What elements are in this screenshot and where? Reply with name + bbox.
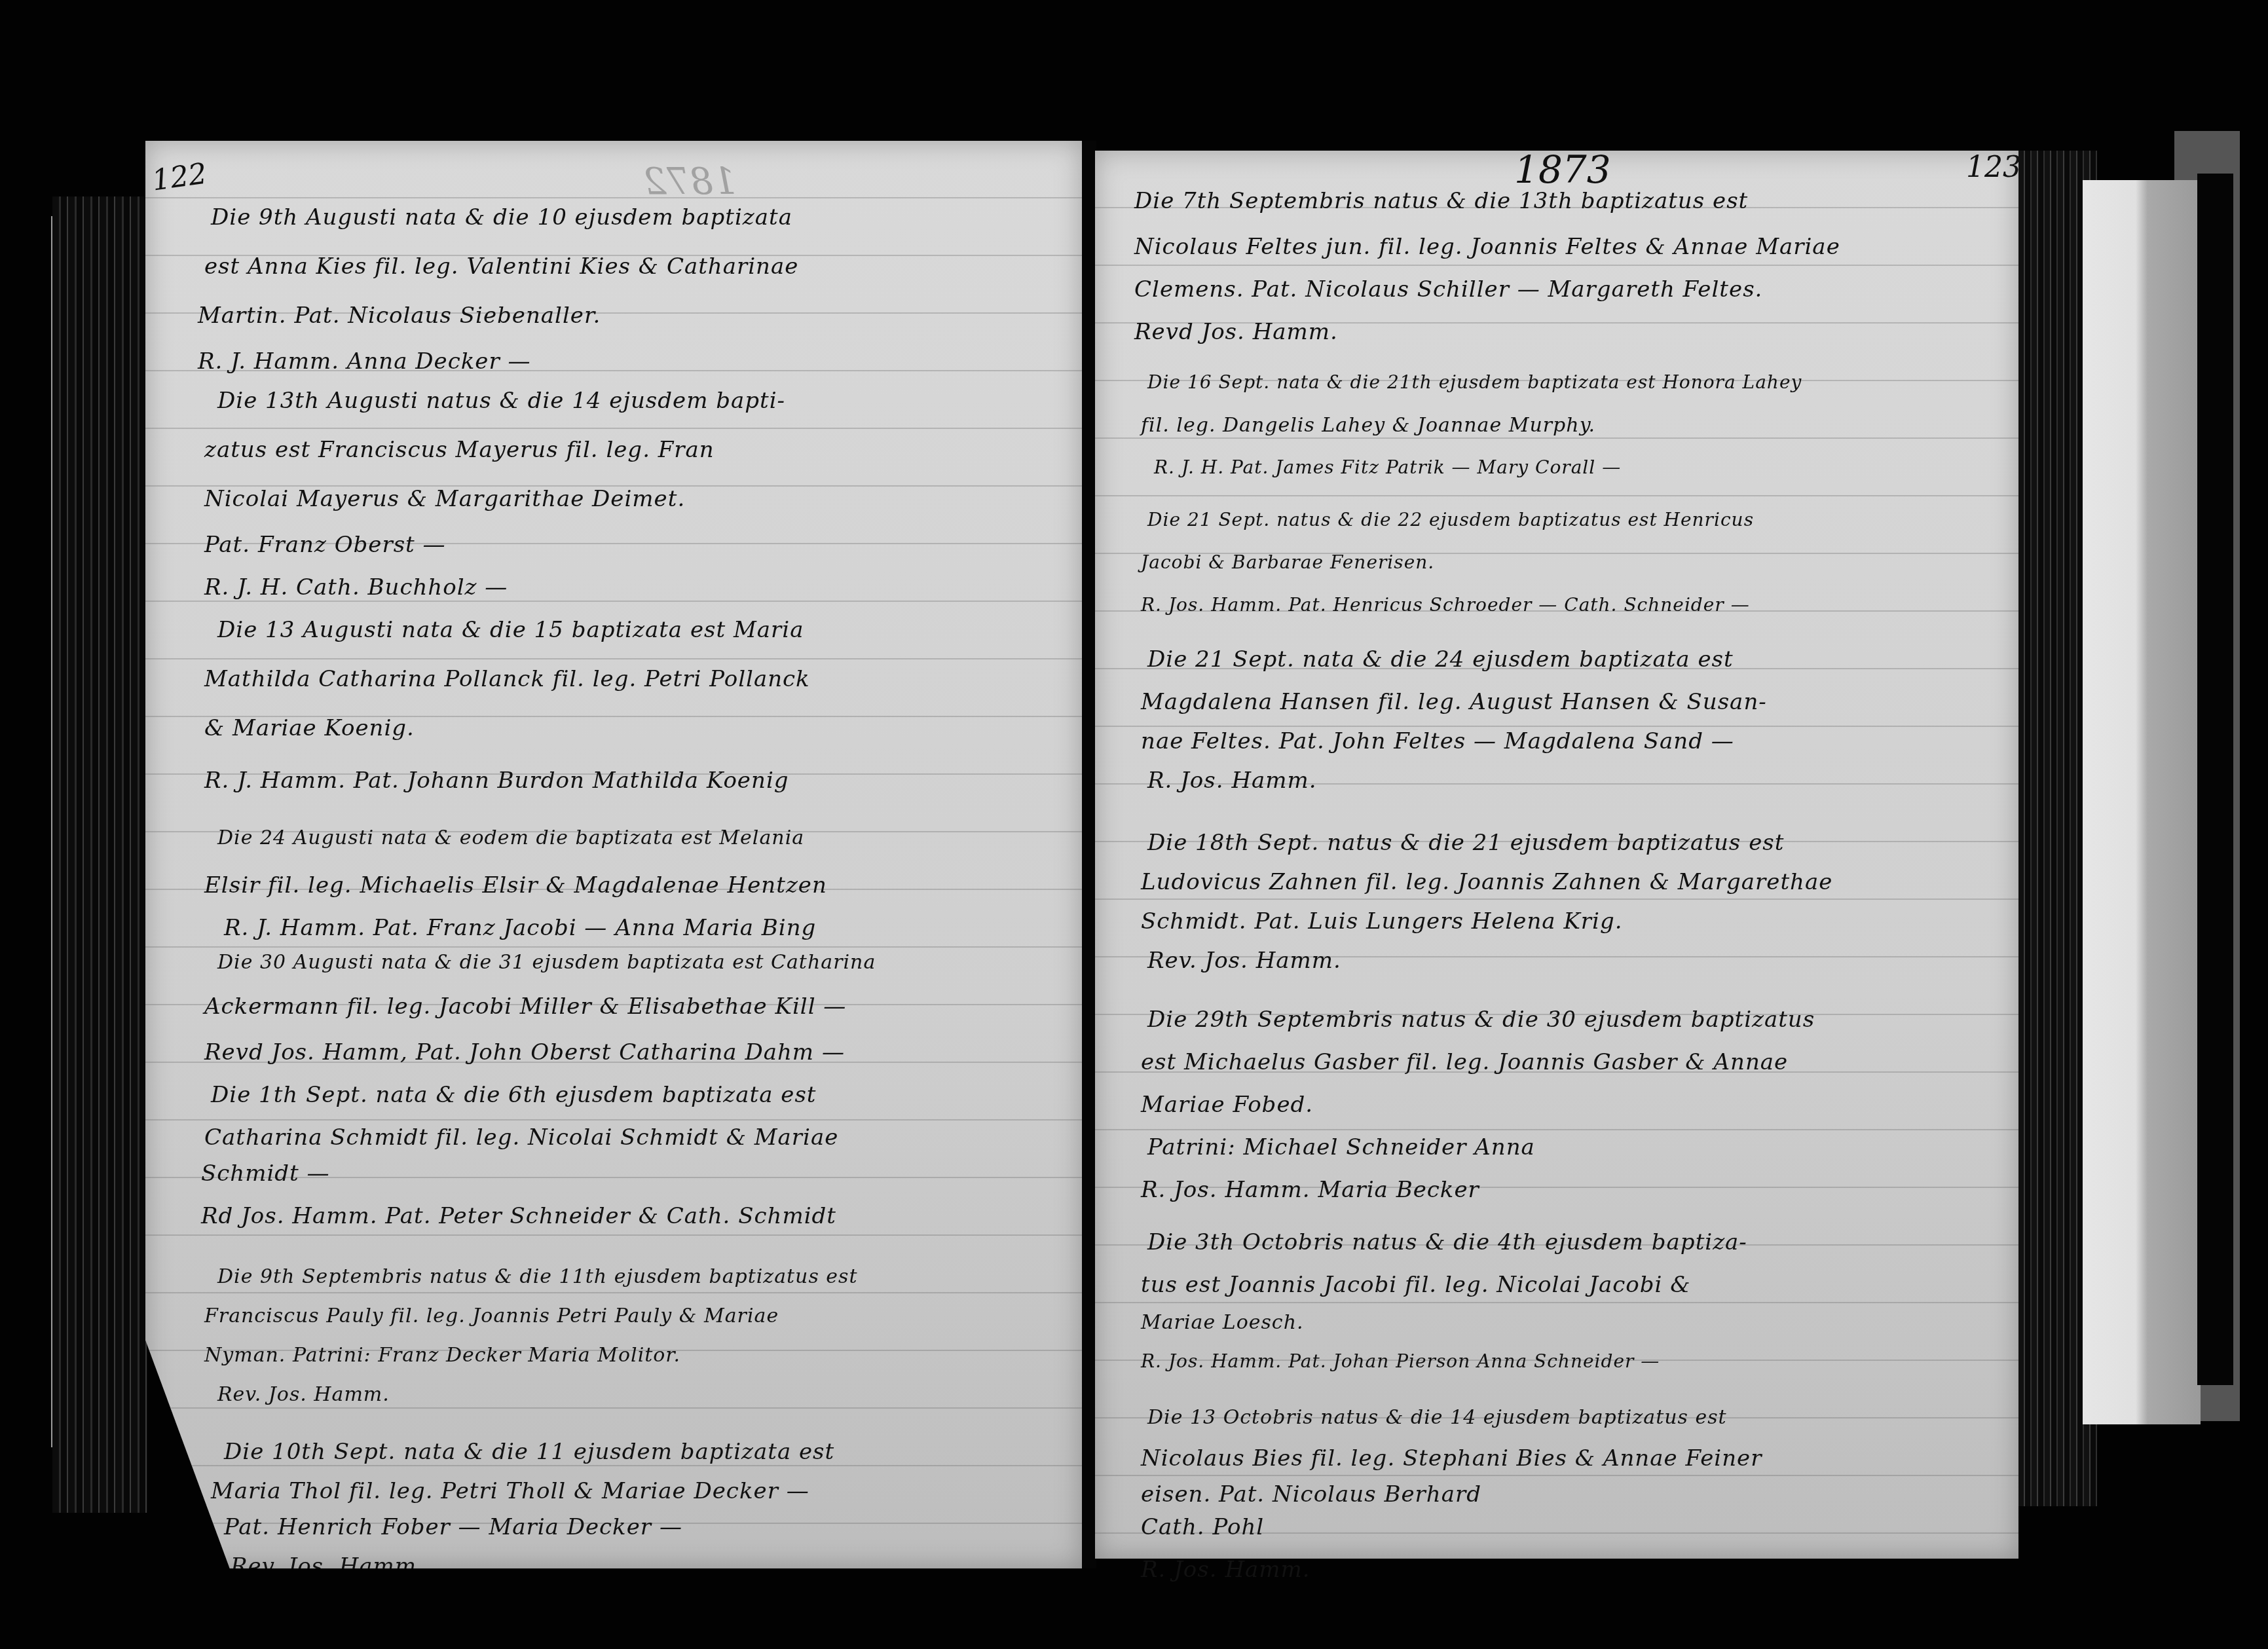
- left-page: 122 1872 Die 9th Augusti nata & die 10 e…: [145, 141, 1082, 1568]
- entry-line: tus est Joannis Jacobi fil. leg. Nicolai…: [1141, 1274, 1690, 1296]
- bleed-through-year: 1872: [643, 160, 737, 203]
- entry-line: Rd Jos. Hamm. Pat. Peter Schneider & Cat…: [201, 1205, 836, 1227]
- entry-line: R. Jos. Hamm.: [1147, 769, 1317, 792]
- entry-line: R. J. Hamm. Pat. Franz Jacobi — Anna Mar…: [224, 917, 816, 939]
- inserted-paper-slip: [2083, 180, 2201, 1424]
- entry-line: & Mariae Koenig.: [204, 717, 415, 739]
- entry-line: R. Jos. Hamm.: [1141, 1559, 1311, 1581]
- entry-line: Jacobi & Barbarae Fenerisen.: [1141, 553, 1434, 572]
- entry-line: Revd Jos. Hamm.: [1134, 321, 1338, 343]
- entry-line: Magdalena Hansen fil. leg. August Hansen…: [1141, 691, 1767, 713]
- entry-line: Nicolaus Bies fil. leg. Stephani Bies & …: [1141, 1447, 1762, 1470]
- entry-line: fil. leg. Dangelis Lahey & Joannae Murph…: [1141, 416, 1595, 435]
- entry-line: Ackermann fil. leg. Jacobi Miller & Elis…: [204, 995, 846, 1018]
- entry-line: Die 13th Augusti natus & die 14 ejusdem …: [217, 390, 785, 412]
- entry-line: R. J. Hamm. Pat. Johann Burdon Mathilda …: [204, 769, 789, 792]
- entry-line: Pat. Franz Oberst —: [204, 534, 446, 556]
- entry-line: Die 9th Augusti nata & die 10 ejusdem ba…: [211, 206, 792, 229]
- entry-line: Nicolai Mayerus & Margarithae Deimet.: [204, 488, 685, 510]
- entry-line: Patrini: Michael Schneider Anna: [1147, 1136, 1535, 1158]
- entry-line: Die 1th Sept. nata & die 6th ejusdem bap…: [211, 1084, 817, 1106]
- entry-line: est Michaelus Gasber fil. leg. Joannis G…: [1141, 1051, 1788, 1073]
- entry-line: Martin. Pat. Nicolaus Siebenaller.: [198, 305, 601, 327]
- right-page: 1873 123 Die 7th Septembris natus & die …: [1095, 151, 2018, 1559]
- book-gutter: [1082, 141, 1096, 1568]
- left-page-stack: [52, 196, 147, 1513]
- entry-line: Rev. Jos. Hamm.: [217, 1385, 390, 1405]
- insert-shadow: [2197, 174, 2233, 1385]
- page-number-right: 123: [1966, 151, 2021, 184]
- entry-line: Die 21 Sept. nata & die 24 ejusdem bapti…: [1147, 648, 1734, 671]
- entry-line: eisen. Pat. Nicolaus Berhard: [1141, 1483, 1481, 1506]
- entry-line: Die 7th Septembris natus & die 13th bapt…: [1134, 190, 1748, 212]
- entry-line: R. J. H. Pat. James Fitz Patrik — Mary C…: [1154, 458, 1621, 477]
- page-year: 1873: [1514, 147, 1611, 192]
- entry-line: Die 16 Sept. nata & die 21th ejusdem bap…: [1147, 373, 1802, 392]
- entry-line: Clemens. Pat. Nicolaus Schiller — Margar…: [1134, 278, 1762, 301]
- entry-line: Schmidt —: [201, 1162, 330, 1185]
- entry-line: Die 13 Octobris natus & die 14 ejusdem b…: [1147, 1408, 1727, 1428]
- entry-line: Maria Thol fil. leg. Petri Tholl & Maria…: [211, 1480, 809, 1502]
- entry-line: Franciscus Pauly fil. leg. Joannis Petri…: [204, 1306, 779, 1326]
- entry-line: Nicolaus Feltes jun. fil. leg. Joannis F…: [1134, 236, 1840, 258]
- entry-line: zatus est Franciscus Mayerus fil. leg. F…: [204, 439, 715, 461]
- entry-line: R. Jos. Hamm. Pat. Johan Pierson Anna Sc…: [1141, 1352, 1660, 1371]
- entry-line: Schmidt. Pat. Luis Lungers Helena Krig.: [1141, 910, 1623, 933]
- entry-line: Die 30 Augusti nata & die 31 ejusdem bap…: [217, 953, 876, 973]
- entry-line: Nyman. Patrini: Franz Decker Maria Molit…: [204, 1346, 680, 1365]
- entry-line: Pat. Henrich Fober — Maria Decker —: [224, 1516, 682, 1538]
- entry-line: R. Jos. Hamm. Pat. Henricus Schroeder — …: [1141, 596, 1750, 614]
- entry-line: Ludovicus Zahnen fil. leg. Joannis Zahne…: [1141, 871, 1832, 893]
- entry-line: Mariae Fobed.: [1141, 1094, 1313, 1116]
- entry-line: Die 21 Sept. natus & die 22 ejusdem bapt…: [1147, 511, 1754, 529]
- entry-line: nae Feltes. Pat. John Feltes — Magdalena…: [1141, 730, 1734, 752]
- entry-line: R. Jos. Hamm. Maria Becker: [1141, 1179, 1479, 1201]
- entry-line: est Anna Kies fil. leg. Valentini Kies &…: [204, 255, 798, 278]
- entry-line: Die 29th Septembris natus & die 30 ejusd…: [1147, 1009, 1815, 1031]
- entry-line: Revd Jos. Hamm, Pat. John Oberst Cathari…: [204, 1041, 845, 1064]
- entry-line: Die 24 Augusti nata & eodem die baptizat…: [217, 828, 804, 848]
- entry-line: Mariae Loesch.: [1141, 1313, 1304, 1333]
- entry-line: Mathilda Catharina Pollanck fil. leg. Pe…: [204, 668, 810, 690]
- entry-line: Elsir fil. leg. Michaelis Elsir & Magdal…: [204, 874, 827, 897]
- entry-line: Die 18th Sept. natus & die 21 ejusdem ba…: [1147, 832, 1784, 854]
- entry-line: Die 3th Octobris natus & die 4th ejusdem…: [1147, 1231, 1747, 1253]
- entry-line: Die 13 Augusti nata & die 15 baptizata e…: [217, 619, 804, 641]
- entry-line: Cath. Pohl: [1141, 1516, 1264, 1538]
- entry-line: Rev. Jos. Hamm.: [1147, 950, 1341, 972]
- entry-line: R. J. Hamm. Anna Decker —: [198, 350, 530, 373]
- entry-line: Die 10th Sept. nata & die 11 ejusdem bap…: [224, 1441, 834, 1463]
- entry-line: Catharina Schmidt fil. leg. Nicolai Schm…: [204, 1126, 838, 1149]
- entry-line: Die 9th Septembris natus & die 11th ejus…: [217, 1267, 858, 1287]
- entry-line: R. J. H. Cath. Buchholz —: [204, 576, 508, 599]
